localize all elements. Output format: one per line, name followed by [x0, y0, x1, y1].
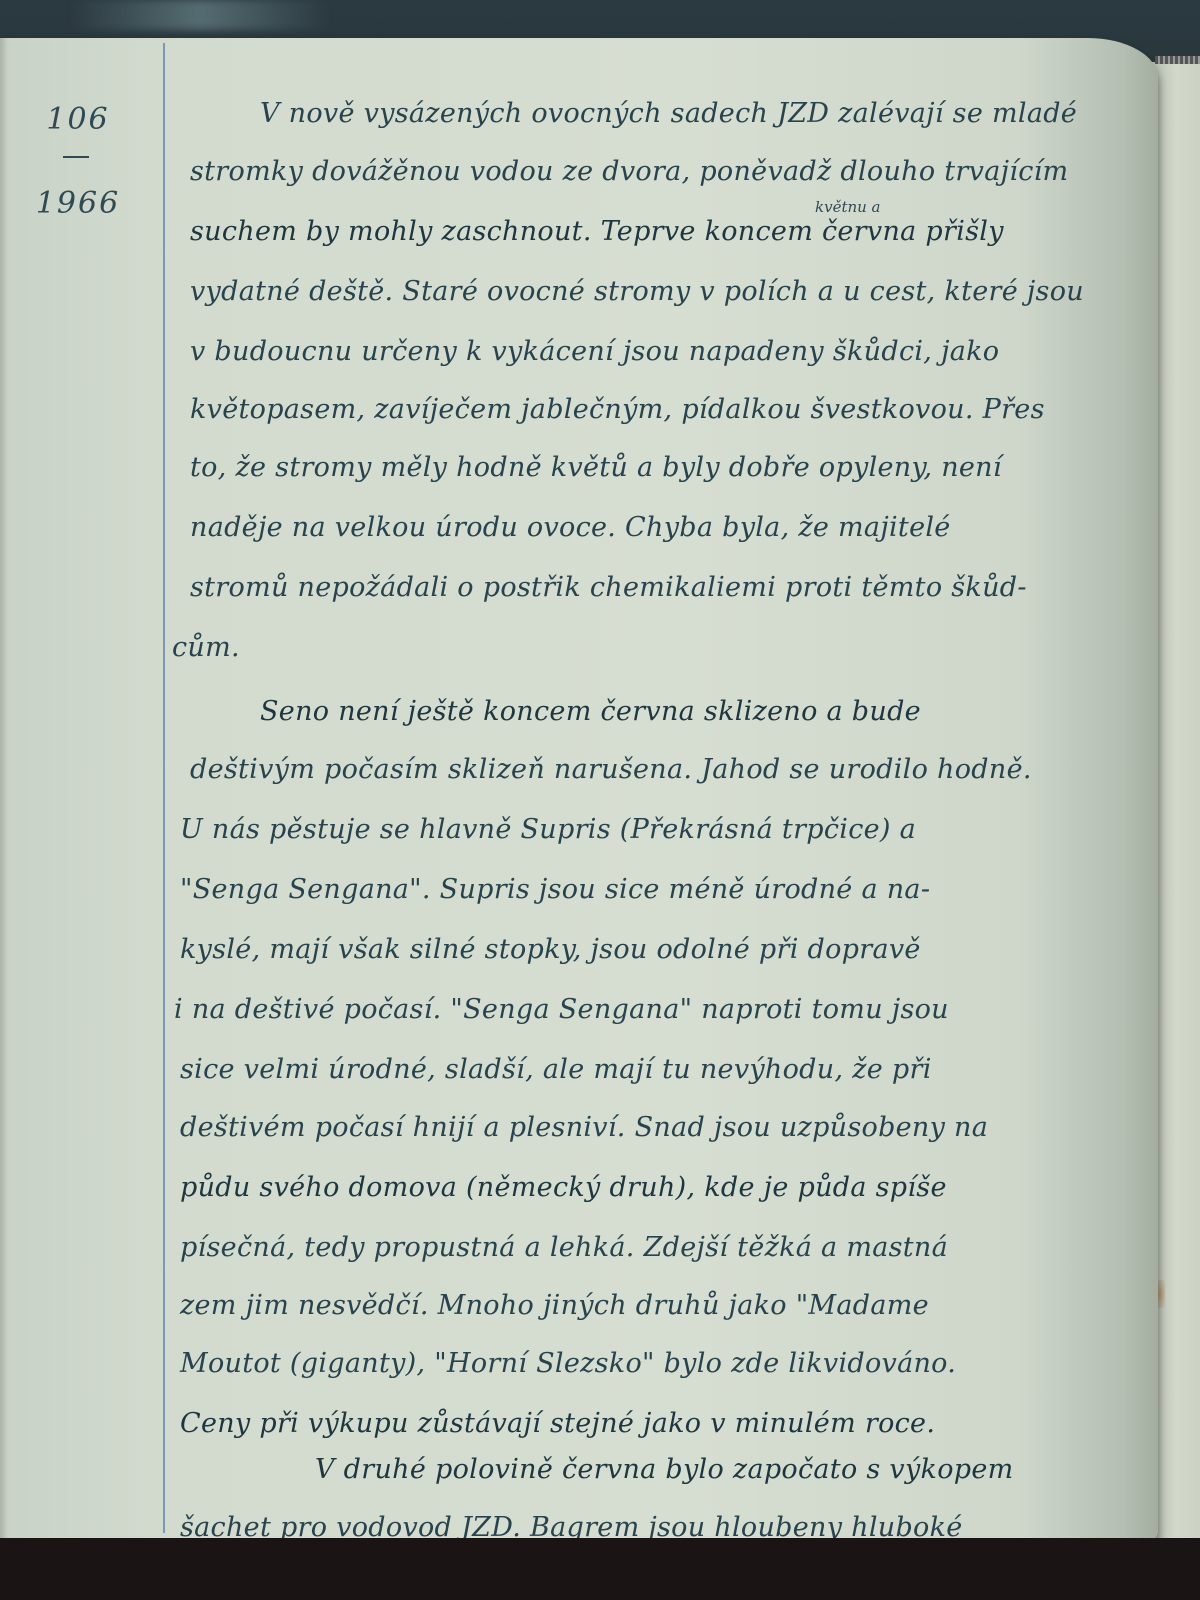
text-line: V nově vysázených ovocných sadech JZD za…: [260, 98, 1077, 129]
text-line: naděje na velkou úrodu ovoce. Chyba byla…: [190, 512, 951, 543]
text-line: U nás pěstuje se hlavně Supris (Překrásn…: [180, 814, 916, 845]
text-line: vydatné deště. Staré ovocné stromy v pol…: [190, 276, 1084, 307]
text-line: sice velmi úrodné, sladší, ale mají tu n…: [180, 1054, 932, 1085]
text-line: Moutot (giganty), "Horní Slezsko" bylo z…: [180, 1348, 956, 1379]
text-line: deštivém počasí hnijí a plesniví. Snad j…: [180, 1112, 988, 1143]
margin-separator: [63, 156, 89, 158]
text-line: Ceny při výkupu zůstávají stejné jako v …: [180, 1408, 935, 1439]
text-line: stromů nepožádali o postřik chemikaliemi…: [190, 572, 1027, 603]
year-label: 1966: [28, 186, 128, 221]
book-shadow-bottom: [0, 1538, 1200, 1600]
page-left-edge: [0, 38, 8, 1550]
text-line: kyslé, mají však silné stopky, jsou odol…: [180, 934, 921, 965]
text-line: stromky dovážěnou vodou ze dvora, poněva…: [190, 156, 1068, 187]
page-number: 106: [28, 102, 128, 137]
text-line: cům.: [172, 632, 240, 663]
text-line: Seno není ještě koncem června sklizeno a…: [260, 696, 921, 727]
text-line: zem jim nesvědčí. Mnoho jiných druhů jak…: [180, 1290, 929, 1321]
margin-rule: [163, 43, 165, 1533]
text-line: i na deštivé počasí. "Senga Sengana" nap…: [174, 994, 949, 1025]
text-line: deštivým počasím sklizeň narušena. Jahod…: [190, 754, 1032, 785]
text-line: V druhé polovině června bylo započato s …: [315, 1454, 1014, 1485]
text-line: písečná, tedy propustná a lehká. Zdejší …: [180, 1232, 948, 1263]
chronicle-page: 106 1966 V nově vysázených ovocných sade…: [0, 38, 1158, 1550]
inserted-correction: květnu a: [815, 198, 881, 216]
text-line: půdu svého domova (německý druh), kde je…: [180, 1172, 947, 1203]
text-line: "Senga Sengana". Supris jsou sice méně ú…: [180, 874, 930, 905]
text-line: v budoucnu určeny k vykácení jsou napade…: [190, 336, 999, 367]
text-line: květopasem, zavíječem jablečným, pídalko…: [190, 394, 1045, 425]
light-glare: [70, 0, 330, 30]
text-line: suchem by mohly zaschnout. Teprve koncem…: [190, 216, 1004, 247]
page-stack-edge: [1155, 56, 1200, 64]
text-line: to, že stromy měly hodně květů a byly do…: [190, 452, 1002, 483]
scan-background: 106 1966 V nově vysázených ovocných sade…: [0, 0, 1200, 1600]
